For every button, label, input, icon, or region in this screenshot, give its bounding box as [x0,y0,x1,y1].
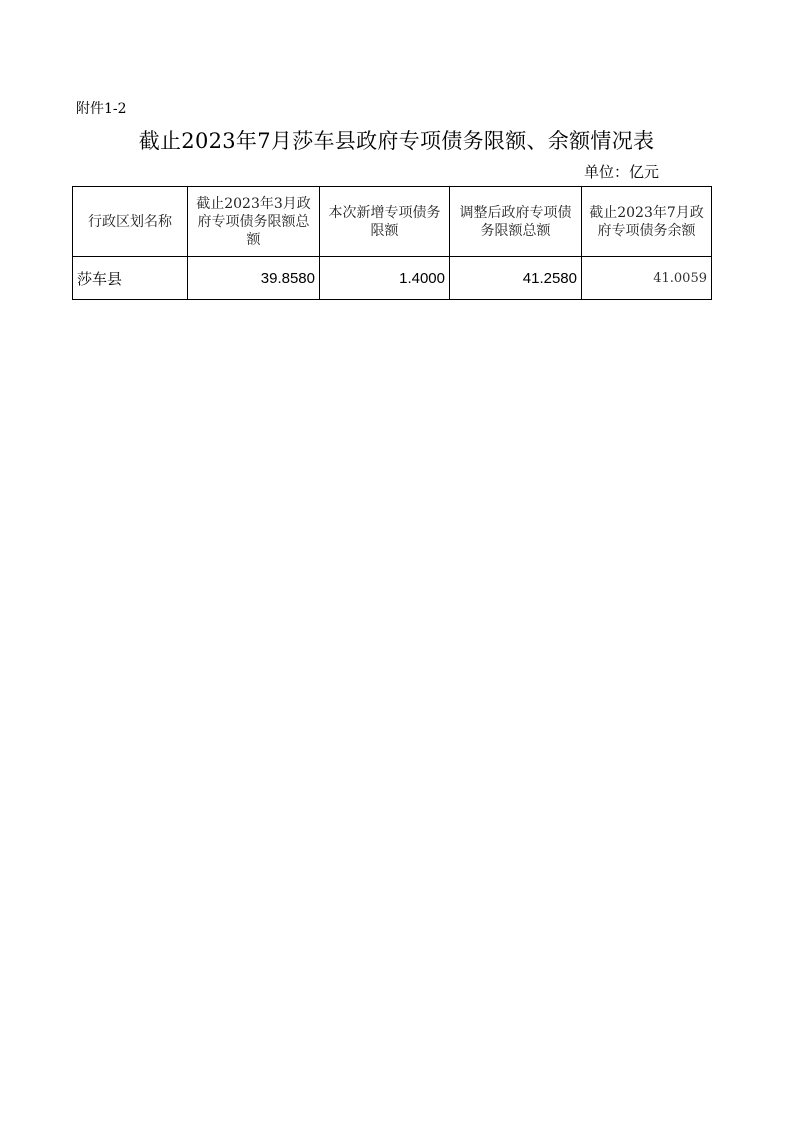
cell-balance-jul: 41.0059 [582,257,712,300]
header-new-limit: 本次新增专项债务限额 [320,187,450,257]
cell-limit-mar: 39.8580 [188,257,320,300]
header-region: 行政区划名称 [73,187,188,257]
header-adjusted-limit: 调整后政府专项债务限额总额 [450,187,582,257]
cell-adjusted-limit: 41.2580 [450,257,582,300]
attachment-label: 附件1-2 [76,98,127,118]
header-limit-mar: 截止2023年3月政府专项债务限额总额 [188,187,320,257]
header-balance-jul: 截止2023年7月政府专项债务余额 [582,187,712,257]
cell-region: 莎车县 [73,257,188,300]
table-header-row: 行政区划名称 截止2023年3月政府专项债务限额总额 本次新增专项债务限额 调整… [73,187,712,257]
table-row: 莎车县 39.8580 1.4000 41.2580 41.0059 [73,257,712,300]
document-title: 截止2023年7月莎车县政府专项债务限额、余额情况表 [0,125,793,155]
unit-label: 单位：亿元 [584,161,659,182]
debt-table: 行政区划名称 截止2023年3月政府专项债务限额总额 本次新增专项债务限额 调整… [72,186,712,300]
cell-new-limit: 1.4000 [320,257,450,300]
